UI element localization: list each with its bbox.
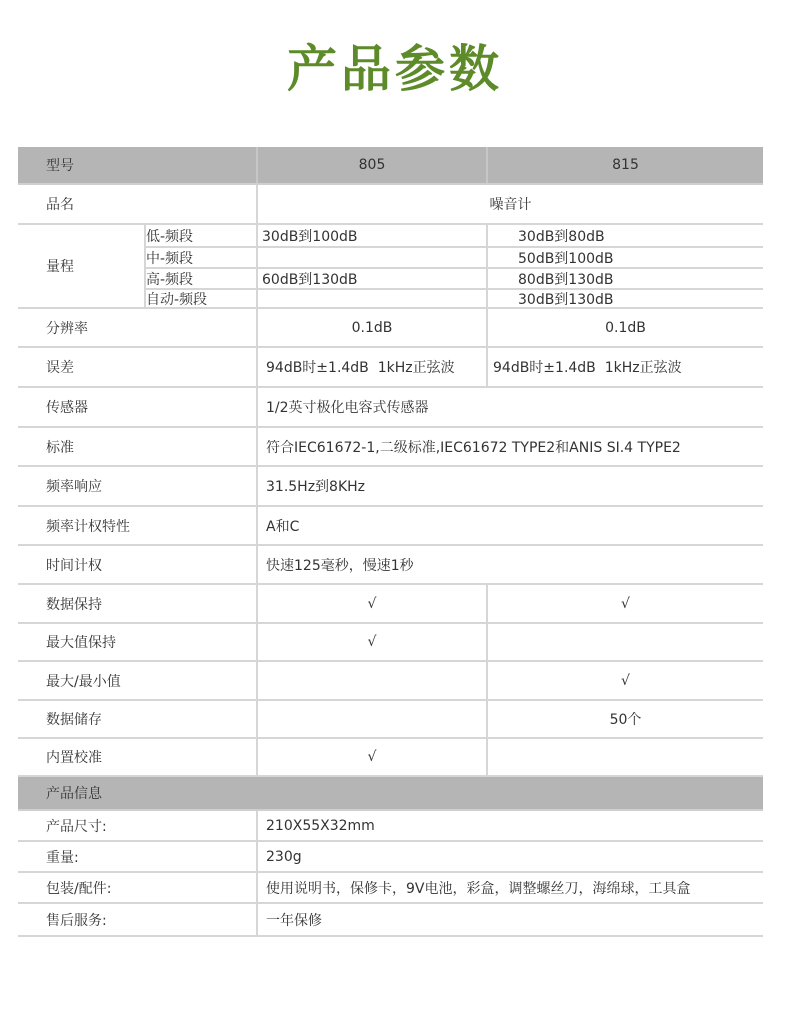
row-label: 误差 [18,348,256,386]
row-value: 31.5Hz到8KHz [256,467,763,505]
row-label: 频率响应 [18,467,256,505]
table-row-frequency-response: 频率响应 31.5Hz到8KHz [18,467,763,507]
value-815: 50个 [486,701,763,737]
row-value: 噪音计 [256,185,763,223]
band-815: 30dB到80dB [486,225,763,246]
info-row-size: 产品尺寸: 210X55X32mm [18,811,763,842]
value-815: √ [486,662,763,699]
table-header-row: 型号 805 815 [18,147,763,185]
value-805: √ [256,585,486,622]
row-label: 数据储存 [18,701,256,737]
band-815: 80dB到130dB [486,269,763,288]
info-row-service: 售后服务: 一年保修 [18,904,763,937]
row-label: 最大/最小值 [18,662,256,699]
row-value: 快速125毫秒，慢速1秒 [256,546,763,583]
row-value: 符合IEC61672-1,二级标准,IEC61672 TYPE2和ANIS SI… [256,428,763,465]
table-row-resolution: 分辨率 0.1dB 0.1dB [18,309,763,348]
row-label: 售后服务: [18,904,256,935]
range-band-row: 中-频段 50dB到100dB [144,246,763,267]
table-row-data-storage: 数据储存 50个 [18,701,763,739]
range-band-row: 高-频段 60dB到130dB 80dB到130dB [144,267,763,288]
range-band-row: 低-频段 30dB到100dB 30dB到80dB [144,225,763,246]
table-row-max-min: 最大/最小值 √ [18,662,763,701]
model-label: 型号 [18,147,256,183]
band-label: 低-频段 [144,225,258,246]
band-label: 自动-频段 [144,290,258,307]
value-815: √ [486,585,763,622]
table-row-product-name: 品名 噪音计 [18,185,763,225]
row-label: 分辨率 [18,309,256,346]
value-805: √ [256,624,486,660]
row-label: 内置校准 [18,739,256,775]
value-815 [486,624,763,660]
value-805 [256,701,486,737]
value-815: 0.1dB [486,309,763,346]
table-row-max-hold: 最大值保持 √ [18,624,763,662]
row-label: 品名 [18,185,256,223]
row-label: 量程 [18,225,144,307]
info-row-package: 包装/配件: 使用说明书，保修卡，9V电池，彩盒，调整螺丝刀，海绵球，工具盒 [18,873,763,904]
info-section-header: 产品信息 [18,777,763,811]
table-row-calibration: 内置校准 √ [18,739,763,777]
row-label: 最大值保持 [18,624,256,660]
table-row-sensor: 传感器 1/2英寸极化电容式传感器 [18,388,763,428]
row-label: 产品尺寸: [18,811,256,840]
value-805 [256,662,486,699]
table-row-time-weighting: 时间计权 快速125毫秒，慢速1秒 [18,546,763,585]
value-815: 94dB时±1.4dB 1kHz正弦波 [486,348,763,386]
section-title: 产品信息 [18,777,256,809]
info-row-weight: 重量: 230g [18,842,763,873]
band-815: 50dB到100dB [486,248,763,267]
table-row-frequency-weighting: 频率计权特性 A和C [18,507,763,546]
value-805: 0.1dB [256,309,486,346]
value-815 [486,739,763,775]
row-value: 一年保修 [256,904,763,935]
value-805: √ [256,739,486,775]
band-805 [256,290,486,307]
value-805: 94dB时±1.4dB 1kHz正弦波 [256,348,486,386]
row-value: A和C [256,507,763,544]
band-label: 中-频段 [144,248,258,267]
row-value: 210X55X32mm [256,811,763,840]
model-805: 805 [256,147,486,183]
band-805: 60dB到130dB [256,269,486,288]
band-label: 高-频段 [144,269,258,288]
row-label: 重量: [18,842,256,871]
page-title: 产品参数 [0,34,790,104]
row-value: 使用说明书，保修卡，9V电池，彩盒，调整螺丝刀，海绵球，工具盒 [256,873,763,902]
model-815: 815 [486,147,763,183]
range-band-row: 自动-频段 30dB到130dB [144,288,763,307]
band-805 [256,248,486,267]
row-value: 230g [256,842,763,871]
row-value: 1/2英寸极化电容式传感器 [256,388,763,426]
table-row-accuracy: 误差 94dB时±1.4dB 1kHz正弦波 94dB时±1.4dB 1kHz正… [18,348,763,388]
row-label: 数据保持 [18,585,256,622]
band-805: 30dB到100dB [256,225,486,246]
row-label: 标准 [18,428,256,465]
row-label: 包装/配件: [18,873,256,902]
row-label: 时间计权 [18,546,256,583]
row-label: 频率计权特性 [18,507,256,544]
table-row-range: 量程 低-频段 30dB到100dB 30dB到80dB 中-频段 50dB到1… [18,225,763,309]
table-row-data-hold: 数据保持 √ √ [18,585,763,624]
table-row-standard: 标准 符合IEC61672-1,二级标准,IEC61672 TYPE2和ANIS… [18,428,763,467]
band-815: 30dB到130dB [486,290,763,307]
row-label: 传感器 [18,388,256,426]
